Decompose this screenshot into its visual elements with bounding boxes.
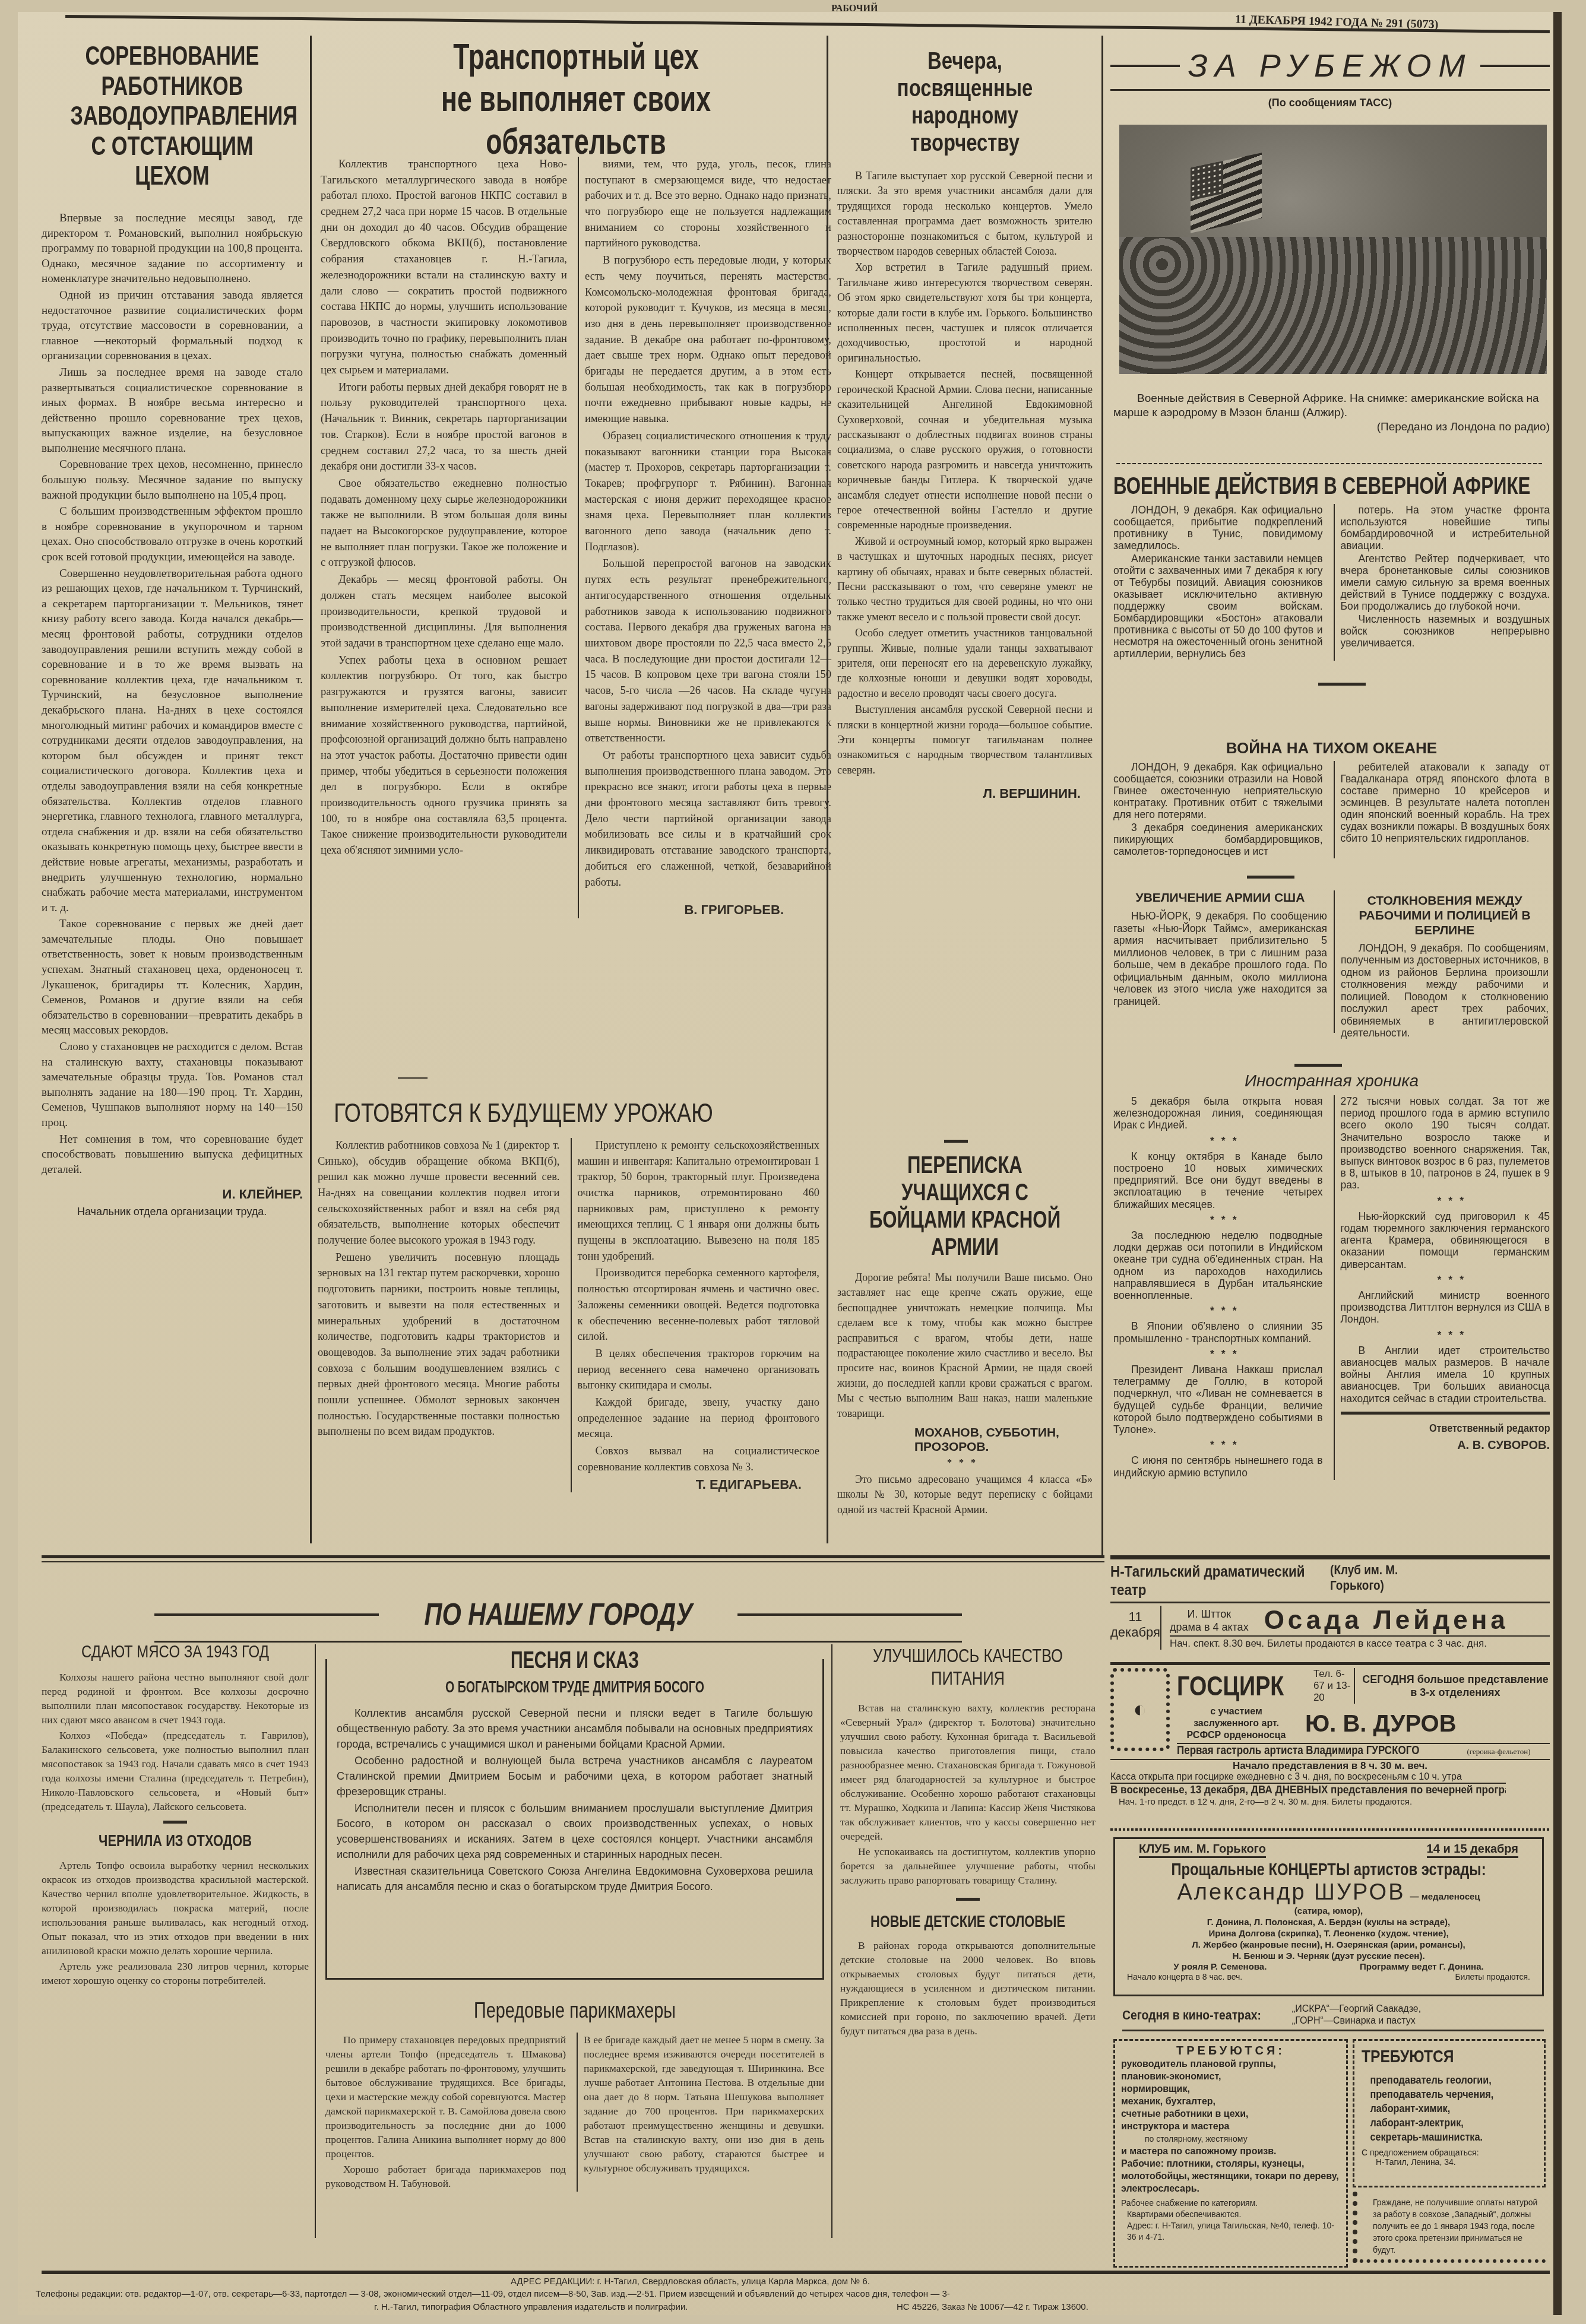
article-us-army: УВЕЛИЧЕНИЕ АРМИИ США НЬЮ-ЙОРК, 9 декабря… <box>1113 890 1327 1007</box>
theatre-header: Н-Тагильский драматический театр (Клуб и… <box>1110 1562 1488 1599</box>
footer-order: НС 45226, Заказ № 10067—42 г. Тираж 1360… <box>897 2302 1088 2312</box>
article-competition: СОРЕВНОВАНИЕ РАБОТНИКОВ ЗАВОДОУПРАВЛЕНИЯ… <box>42 42 303 1218</box>
separator-stars: *** <box>1341 1329 1550 1341</box>
paragraph: 272 тысячи новых солдат. За тот же перио… <box>1341 1095 1550 1191</box>
author-signature: И. КЛЕЙНЕР. <box>42 1187 303 1202</box>
paragraph: Лишь за последнее время на заводе стало … <box>42 365 303 456</box>
footer-address: АДРЕС РЕДАКЦИИ: г. Н-Тагил, Свердловская… <box>511 2277 870 2287</box>
troops-image <box>1119 237 1547 374</box>
paragraph: В Тагиле выступает хор русской Северной … <box>837 169 1093 259</box>
club-performers: (сатира, юмор), Г. Донина, Л. Полонская,… <box>1127 1906 1530 1962</box>
article-meat: СДАЮТ МЯСО ЗА 1943 ГОД Колхозы нашего ра… <box>42 1641 309 1989</box>
article-body: ЛОНДОН, 9 декабря. По сообщениям, получе… <box>1341 942 1549 1039</box>
article-columns: ЛОНДОН, 9 декабря. Как официально сообща… <box>1113 761 1550 858</box>
separator <box>163 1821 187 1824</box>
article-body: В Тагиле выступает хор русской Северной … <box>837 169 1093 778</box>
paragraph: Коллектив ансамбля русской Северной песн… <box>337 1705 813 1752</box>
headline: УВЕЛИЧЕНИЕ АРМИИ США <box>1113 890 1327 905</box>
paragraph: Образец социалистического отношения к тр… <box>585 429 831 556</box>
paragraph: В Англии идет строительство авианосцев м… <box>1341 1345 1550 1404</box>
play-title: Осада Лейдена <box>1264 1606 1509 1635</box>
paragraph: 5 декабря была открыта новая железнодоро… <box>1113 1095 1323 1131</box>
article-body: Коллектив ансамбля русской Северной песн… <box>327 1697 822 1894</box>
article-evenings: Вечера, посвященные народному творчеству… <box>837 47 1093 801</box>
paragraph: Артель уже реализовала 230 литров чернил… <box>42 1959 309 1987</box>
headline: ПЕРЕПИСКА УЧАЩИХСЯ С БОЙЦАМИ КРАСНОЙ АРМ… <box>865 1152 1064 1261</box>
separator <box>1341 1412 1550 1415</box>
footer-phones: Телефоны редакции: отв. редактор—1-07, о… <box>36 2289 1544 2299</box>
article-column: Коллектив работников совхоза № 1 (директ… <box>318 1138 560 1492</box>
paragraph: Колхоз «Победа» (председатель т. Гаврило… <box>42 1728 309 1813</box>
headline: НОВЫЕ ДЕТСКИЕ СТОЛОВЫЕ <box>868 1911 1067 1932</box>
circus-sunday-times: Нач. 1-го предст. в 12 ч. дня, 2-го—в 2 … <box>1110 1797 1550 1807</box>
article-pacific: ВОЙНА НА ТИХОМ ОКЕАНЕ ЛОНДОН, 9 декабря.… <box>1113 739 1550 858</box>
article-column: 272 тысячи новых солдат. За тот же перио… <box>1334 1095 1550 1480</box>
paragraph: Особенно радостной и волнующей была встр… <box>337 1753 813 1799</box>
wanted-list: преподаватель геологии, преподаватель че… <box>1362 2073 1519 2144</box>
dotted-rule <box>1110 1828 1550 1831</box>
separator-stars: *** <box>1341 1195 1550 1207</box>
subheadline: О БОГАТЫРСКОМ ТРУДЕ ДМИТРИЯ БОСОГО <box>401 1677 748 1697</box>
club-star-note: — медаленосец <box>1410 1892 1480 1902</box>
article-body: Колхозы нашего района честно выполняют с… <box>42 1670 309 1813</box>
paragraph: Живой и остроумный юмор, который ярко вы… <box>837 534 1093 624</box>
ad-circus: ◐ ГОСЦИРК Тел. 6-67 и 13-20 СЕГОДНЯ боль… <box>1110 1668 1550 1807</box>
paragraph: Слово у стахановцев не расходится с дело… <box>42 1039 303 1131</box>
club-piano: У рояля Р. Семенова. <box>1173 1962 1267 1972</box>
footer-rule <box>42 2271 1550 2274</box>
circus-tour: Первая гастроль артиста Владимира ГУРСКО… <box>1177 1744 1419 1758</box>
section-city-header: ПО НАШЕМУ ГОРОДУ <box>154 1597 962 1643</box>
club-star: Александр ШУРОВ <box>1177 1880 1405 1906</box>
caption-credit: (Передано из Лондона по радио) <box>1113 420 1550 435</box>
paragraph: Такое соревнование с первых же дней дает… <box>42 917 303 1038</box>
circus-logo-icon: ◐ <box>1110 1668 1170 1751</box>
paragraph: Хор встретил в Тагиле радушный прием. Та… <box>837 260 1093 366</box>
article-harvest: ГОТОВЯТСЯ К БУДУЩЕМУ УРОЖАЮ Коллектив ра… <box>318 1098 819 1492</box>
paragraph: Президент Ливана Наккаш прислал телеграм… <box>1113 1364 1323 1435</box>
ad-citizens: Граждане, не получившие оплаты натурой з… <box>1353 2192 1546 2263</box>
author-signature: В. ГРИГОРЬЕВ. <box>585 902 784 918</box>
paragraph: Агентство Рейтер подчеркивает, что вчера… <box>1341 553 1550 612</box>
circus-start: Начало представления в 8 ч. 30 м. веч. <box>1110 1759 1550 1772</box>
paragraph: Одной из причин отставания завода являет… <box>42 288 303 364</box>
masthead-stub: РАБОЧИЙ <box>831 4 878 14</box>
paragraph: 3 декабря соединения американских пикиру… <box>1113 822 1323 857</box>
paragraph: Решено увеличить посевную площадь зернов… <box>318 1250 560 1440</box>
section-source: (По сообщениям ТАСС) <box>1110 97 1550 110</box>
article-column: виями, тем, что руда, уголь, песок, глин… <box>578 157 831 918</box>
headline: ВОЕННЫЕ ДЕЙСТВИЯ В СЕВЕРНОЙ АФРИКЕ <box>1113 472 1454 500</box>
article-column: Приступлено к ремонту сельскохозяйственн… <box>571 1138 820 1492</box>
paragraph: Нью-йоркский суд приговорил к 45 годам т… <box>1341 1210 1550 1270</box>
separator <box>1318 683 1366 686</box>
article-column: По примеру стахановцев передовых предпри… <box>325 2033 566 2192</box>
paragraph: За последнюю неделю подводные лодки держ… <box>1113 1229 1323 1301</box>
paragraph: Производится переборка семенного картофе… <box>578 1266 820 1345</box>
separator <box>398 1077 428 1079</box>
author-signature: Т. ЕДИГАРЬЕВА. <box>578 1477 802 1493</box>
paragraph: Свое обязательство ежедневно полностью п… <box>321 476 567 571</box>
article-columns: ЛОНДОН, 9 декабря. Как официально сообща… <box>1113 504 1550 661</box>
paragraph: ЛОНДОН, 9 декабря. Как официально сообща… <box>1113 761 1323 820</box>
paragraph: Особо следует отметить участников танцов… <box>837 626 1093 701</box>
cinema-listings: „ИСКРА“—Георгий Саакадзе, „ГОРН“—Свинарк… <box>1292 2003 1421 2027</box>
paragraph: Не успокаиваясь на достигнутом, коллекти… <box>840 1844 1096 1887</box>
paragraph: Нет сомнения в том, что соревнование буд… <box>42 1132 303 1178</box>
column-divider <box>315 1644 316 2238</box>
paragraph: К концу октября в Канаде было построено … <box>1113 1150 1323 1210</box>
separator-stars: *** <box>1341 1274 1550 1286</box>
paragraph: В Японии об'явлено о слиянии 35 промышле… <box>1113 1320 1323 1344</box>
separator-stars: *** <box>1113 1439 1323 1451</box>
circus-cashier: Касса открыта при госцирке ежедневно с 3… <box>1110 1772 1550 1783</box>
headline: ЧЕРНИЛА ИЗ ОТХОДОВ <box>71 1831 280 1851</box>
separator-stars: *** <box>837 1458 1093 1469</box>
article-song-box: ПЕСНЯ И СКАЗ О БОГАТЫРСКОМ ТРУДЕ ДМИТРИЯ… <box>325 1659 824 1980</box>
ad-cinema: Сегодня в кино-театрах: „ИСКРА“—Георгий … <box>1122 2003 1544 2031</box>
ad-wanted-1: ТРЕБУЮТСЯ: руководитель плановой группы,… <box>1113 2039 1348 2268</box>
column-divider <box>310 36 312 1543</box>
paragraph: В ее бригаде каждый дает не менее 5 норм… <box>584 2033 824 2175</box>
article-chronicle: Иностранная хроника 5 декабря была откры… <box>1113 1071 1550 1480</box>
newspaper-page: РАБОЧИЙ 11 ДЕКАБРЯ 1942 ГОДА № 291 (5073… <box>18 12 1562 2315</box>
section-title: ПО НАШЕМУ ГОРОДУ <box>424 1597 692 1632</box>
author-role: Начальник отдела организации труда. <box>77 1206 267 1218</box>
note: Это письмо адресовано учащимся 4 класса … <box>837 1472 1093 1517</box>
paragraph: Совершенно неудовлетворительная работа о… <box>42 566 303 916</box>
circus-sunday: В воскресенье, 13 декабря, ДВА ДНЕВНЫХ п… <box>1110 1783 1506 1797</box>
article-columns: Коллектив транспортного цеха Ново-Тагиль… <box>321 157 831 918</box>
headline: СДАЮТ МЯСО ЗА 1943 ГОД <box>68 1641 282 1663</box>
club-name: КЛУБ им. М. Горького <box>1139 1843 1266 1858</box>
photo-caption: Военные действия в Северной Африке. На с… <box>1113 392 1550 435</box>
separator-stars: *** <box>1113 1135 1323 1147</box>
article-column: В ее бригаде каждый дает не менее 5 норм… <box>577 2033 824 2192</box>
circus-phones: Тел. 6-67 и 13-20 <box>1313 1668 1355 1704</box>
headline: ГОТОВЯТСЯ К БУДУЩЕМУ УРОЖАЮ <box>318 1098 729 1130</box>
article-column: 5 декабря была открыта новая железнодоро… <box>1113 1095 1323 1480</box>
section-abroad: ЗА РУБЕЖОМ (По сообщениям ТАСС) <box>1110 47 1550 110</box>
cinema-label: Сегодня в кино-театрах: <box>1122 2008 1261 2023</box>
flag-image <box>1191 153 1262 233</box>
paragraph: Известная сказительница Советского Союза… <box>337 1863 813 1894</box>
paragraph: Каждой бригаде, звену, участку дано опре… <box>578 1395 820 1442</box>
show-date: 11 декабря <box>1110 1606 1161 1650</box>
paragraph: Коллектив работников совхоза № 1 (директ… <box>318 1138 560 1249</box>
paragraph: Коллектив транспортного цеха Ново-Тагиль… <box>321 157 567 379</box>
article-body: Встав на сталинскую вахту, коллектив рес… <box>840 1701 1096 1887</box>
section-header: ЗА РУБЕЖОМ <box>1110 47 1550 84</box>
paragraph: Концерт открывается песней, посвященной … <box>837 367 1093 532</box>
paragraph: В целях обеспечения тракторов горючим на… <box>578 1346 820 1394</box>
paragraph: Большой перепростой вагонов на заводских… <box>585 556 831 746</box>
paragraph: ЛОНДОН, 9 декабря. Как официально сообща… <box>1113 504 1323 551</box>
article-berlin: СТОЛКНОВЕНИЯ МЕЖДУ РАБОЧИМИ И ПОЛИЦИЕЙ В… <box>1341 893 1549 1039</box>
paragraph: Дорогие ребята! Мы получили Ваше письмо.… <box>837 1270 1093 1421</box>
paragraph: С июня по сентябрь нынешнего года в инди… <box>1113 1454 1323 1478</box>
paragraph: В районах города открываются дополнитель… <box>840 1938 1096 2038</box>
separator <box>956 1898 980 1901</box>
article-columns: Коллектив работников совхоза № 1 (директ… <box>318 1138 819 1492</box>
club-start: Начало концерта в 8 час. веч. <box>1127 1972 1242 1981</box>
ad-club: КЛУБ им. М. Горького 14 и 15 декабря Про… <box>1113 1837 1544 1996</box>
author-signature: Л. ВЕРШИНИН. <box>837 786 1081 801</box>
play-genre: драма в 4 актах <box>1170 1621 1249 1634</box>
headline: Передовые парикмахеры <box>375 1998 774 2023</box>
paragraph: Выступления ансамбля русской Северной пе… <box>837 702 1093 778</box>
headline: Вечера, посвященные народному творчеству <box>860 47 1070 157</box>
citizens-notice: Граждане, не получившие оплаты натурой з… <box>1373 2196 1540 2256</box>
theatre-listing: 11 декабря И. Штток драма в 4 актах Осад… <box>1110 1606 1550 1650</box>
paragraph: Успех работы цеха в основном решает колл… <box>321 653 567 859</box>
paragraph: Английский министр военного производства… <box>1341 1289 1550 1326</box>
paragraph: Соревнование трех цехов, несомненно, при… <box>42 457 303 503</box>
article-body: Дорогие ребята! Мы получили Ваше письмо.… <box>837 1270 1093 1421</box>
caption-text: Военные действия в Северной Африке. На с… <box>1113 392 1550 420</box>
article-column: ребителей атаковали к западу от Гвадалка… <box>1334 761 1550 858</box>
paragraph: От работы транспортного цеха зависит суд… <box>585 748 831 890</box>
headline: СОРЕВНОВАНИЕ РАБОТНИКОВ ЗАВОДОУПРАВЛЕНИЯ… <box>70 42 274 192</box>
paragraph: ребителей атаковали к западу от Гвадалка… <box>1341 761 1550 844</box>
section-rule <box>42 1555 1104 1558</box>
paragraph: Колхозы нашего района честно выполняют с… <box>42 1670 309 1727</box>
news-photo <box>1119 125 1547 374</box>
wanted-list: руководитель плановой группы, плановик-э… <box>1121 2058 1340 2195</box>
article-body: Артель Топфо освоила выработку чернил не… <box>42 1858 309 1987</box>
wavy-rule <box>1116 463 1544 464</box>
paragraph: Декабрь — месяц фронтовой работы. Он дол… <box>321 572 567 652</box>
theatre-venue: (Клуб им. М. Горького) <box>1330 1562 1448 1599</box>
paragraph: Артель Топфо освоила выработку чернил не… <box>42 1858 309 1958</box>
paragraph: Исполнители песен и плясок с большим вни… <box>337 1800 813 1862</box>
article-column: ЛОНДОН, 9 декабря. Как официально сообща… <box>1113 761 1323 858</box>
paragraph: Хорошо работает бригада парикмахеров под… <box>325 2162 566 2190</box>
theatre-name: Н-Тагильский драматический театр <box>1110 1562 1330 1599</box>
article-transport: Транспортный цех не выполняет своих обяз… <box>321 36 831 918</box>
separator-stars: *** <box>1113 1305 1323 1317</box>
paragraph: По примеру стахановцев передовых предпри… <box>325 2033 566 2161</box>
paragraph: виями, тем, что руда, уголь, песок, глин… <box>585 157 831 252</box>
club-headline: Прощальные КОНЦЕРТЫ артистов эстрады: <box>1163 1860 1494 1880</box>
article-food: УЛУЧШИЛОСЬ КАЧЕСТВО ПИТАНИЯ Встав на ста… <box>840 1644 1096 2039</box>
article-barbers: Передовые парикмахеры По примеру стахано… <box>325 1998 824 2192</box>
column-divider <box>1101 36 1103 1555</box>
separator <box>944 1140 968 1143</box>
show-info: Нач. спект. 8.30 веч. Билеты продаются в… <box>1170 1635 1550 1650</box>
column-divider <box>1334 890 1335 1033</box>
article-columns: 5 декабря была открыта новая железнодоро… <box>1113 1095 1550 1480</box>
separator <box>1247 876 1294 879</box>
wanted-title: ТРЕБУЮТСЯ <box>1362 2047 1505 2067</box>
circus-star: Ю. В. ДУРОВ <box>1305 1711 1457 1738</box>
headline: УЛУЧШИЛОСЬ КАЧЕСТВО ПИТАНИЯ <box>866 1644 1070 1690</box>
article-column: Коллектив транспортного цеха Ново-Тагиль… <box>321 157 567 918</box>
headline: СТОЛКНОВЕНИЯ МЕЖДУ РАБОЧИМИ И ПОЛИЦИЕЙ В… <box>1341 893 1549 939</box>
editor-label: Ответственный редактор <box>1372 1423 1550 1435</box>
ads-rule <box>1110 1662 1550 1665</box>
circus-tour-note: (героика-фельетон) <box>1467 1747 1530 1757</box>
headline: ПЕСНЯ И СКАЗ <box>397 1646 753 1675</box>
paragraph: Совхоз вызвал на социалистическое соревн… <box>578 1444 820 1475</box>
paragraph: В погрузбюро есть передовые люди, у кото… <box>585 253 831 427</box>
circus-with: с участием заслуженного арт. РСФСР орден… <box>1177 1706 1296 1742</box>
article-column: ЛОНДОН, 9 декабря. Как официально сообща… <box>1113 504 1323 661</box>
circus-name: ГОСЦИРК <box>1177 1670 1284 1702</box>
circus-today: СЕГОДНЯ большое представление в 3-х отде… <box>1361 1673 1550 1699</box>
separator <box>1294 1064 1342 1067</box>
wanted-address: Н-Тагил, Ленина, 34. <box>1362 2157 1537 2167</box>
article-body: В районах города открываются дополнитель… <box>840 1938 1096 2038</box>
paragraph: Приступлено к ремонту сельскохозяйственн… <box>578 1138 820 1265</box>
headline: ВОЙНА НА ТИХОМ ОКЕАНЕ <box>1113 739 1550 757</box>
paragraph: Численность наземных и воздушных войск с… <box>1341 613 1550 649</box>
author-signature: МОХАНОВ, СУББОТИН, ПРОЗОРОВ. <box>914 1426 1093 1454</box>
paragraph: Встав на сталинскую вахту, коллектив рес… <box>840 1701 1096 1843</box>
article-body: Впервые за последние месяцы завод, где д… <box>42 211 303 1177</box>
play-author: И. Штток <box>1170 1608 1249 1621</box>
headline-line: не выполняет своих обязательств <box>392 78 759 163</box>
article-column: потерь. На этом участке фронта использую… <box>1334 504 1550 661</box>
ads-rule <box>1110 1555 1550 1559</box>
paragraph: Американские танки заставили немцев отой… <box>1113 553 1323 660</box>
separator-stars: *** <box>1113 1214 1323 1226</box>
ad-theatre: Н-Тагильский драматический театр (Клуб и… <box>1110 1562 1550 1650</box>
separator-stars: *** <box>1113 1348 1323 1360</box>
footer-print: г. Н.-Тагил, типография Областного управ… <box>374 2302 688 2312</box>
ad-wanted-2: ТРЕБУЮТСЯ преподаватель геологии, препод… <box>1353 2039 1546 2187</box>
section-title: ЗА РУБЕЖОМ <box>1188 47 1473 84</box>
headline: Иностранная хроника <box>1113 1071 1550 1090</box>
club-dates: 14 и 15 декабря <box>1427 1843 1518 1858</box>
headline: Транспортный цех не выполняет своих обяз… <box>392 36 759 163</box>
section-rule <box>42 1561 1104 1562</box>
article-columns: По примеру стахановцев передовых предпри… <box>325 2033 824 2192</box>
club-tickets: Билеты продаются. <box>1455 1972 1530 1981</box>
column-divider <box>827 36 828 1543</box>
article-correspondence: ПЕРЕПИСКА УЧАЩИХСЯ С БОЙЦАМИ КРАСНОЙ АРМ… <box>837 1152 1093 1517</box>
wanted-title: ТРЕБУЮТСЯ: <box>1121 2044 1340 2058</box>
wanted-contact: С предложением обращаться: <box>1362 2148 1537 2157</box>
column-divider <box>831 1644 832 2238</box>
paragraph: С большим производственным эффектом прош… <box>42 504 303 565</box>
paragraph: Итоги работы первых дней декабря говорят… <box>321 380 567 475</box>
editor-name: А. В. СУВОРОВ. <box>1341 1440 1550 1451</box>
paragraph: Впервые за последние месяцы завод, где д… <box>42 211 303 287</box>
club-host: Программу ведет Г. Донина. <box>1360 1962 1484 1972</box>
article-north-africa: ВОЕННЫЕ ДЕЙСТВИЯ В СЕВЕРНОЙ АФРИКЕ ЛОНДО… <box>1113 472 1550 661</box>
article-body: НЬЮ-ЙОРК, 9 декабря. По сообщению газеты… <box>1113 910 1327 1007</box>
paragraph: потерь. На этом участке фронта использую… <box>1341 504 1550 551</box>
headline-line: Транспортный цех <box>392 36 759 78</box>
